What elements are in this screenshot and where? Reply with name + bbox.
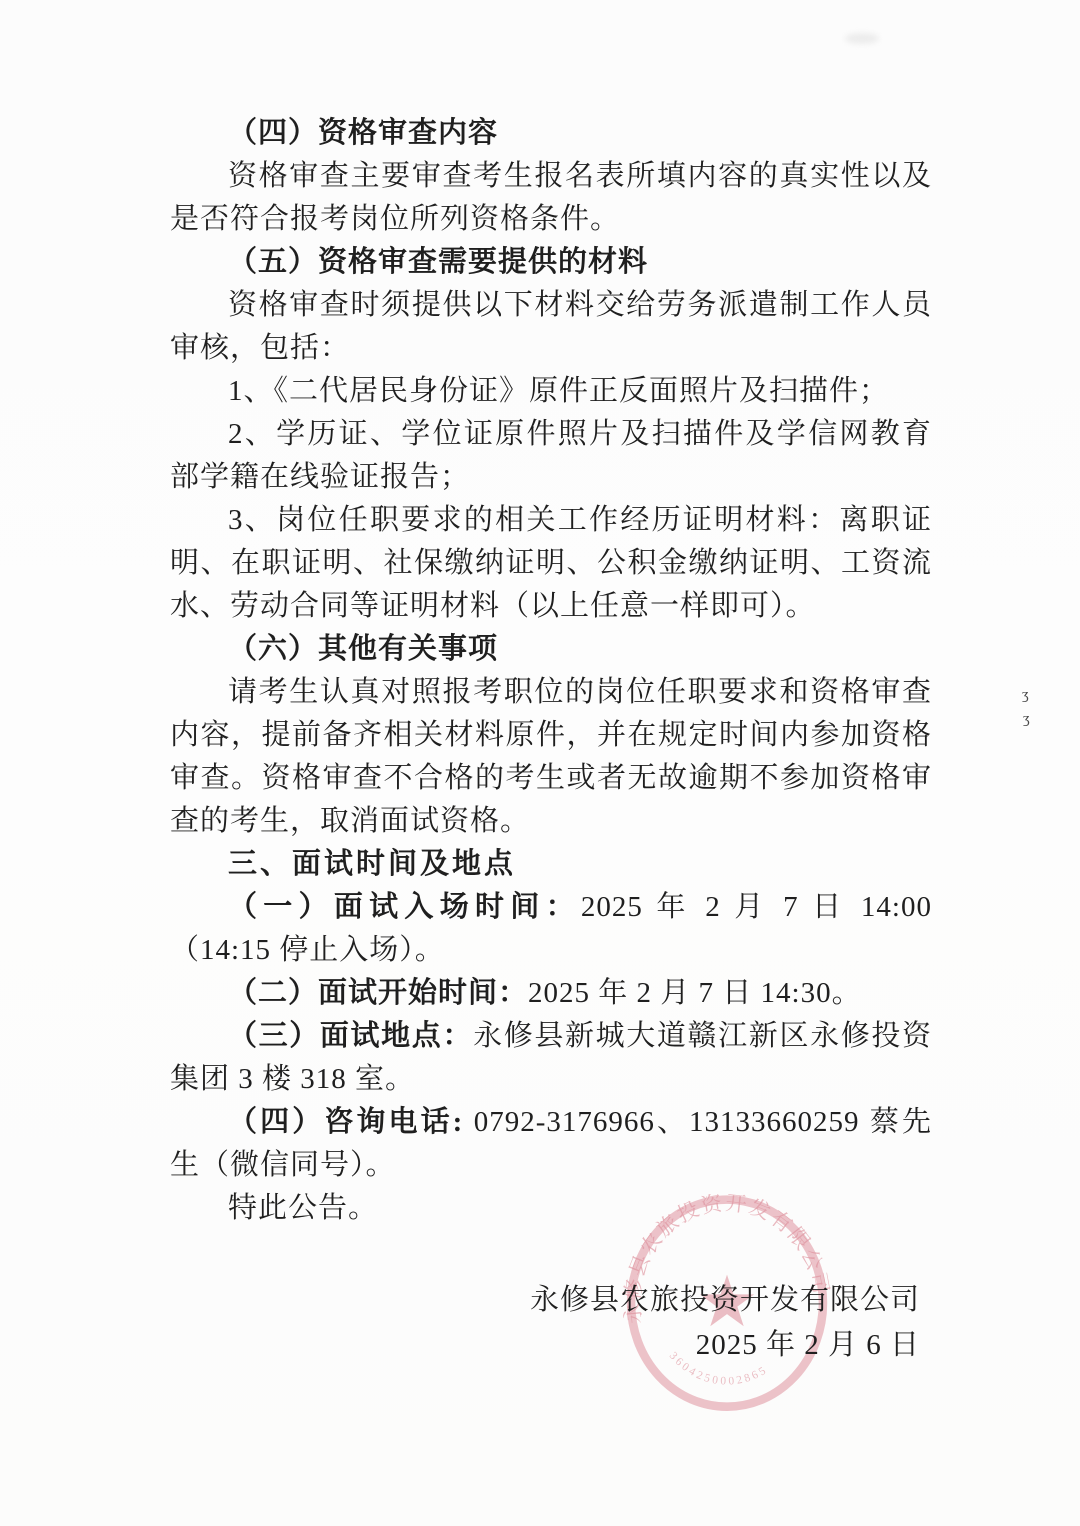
paragraph: （四）咨询电话: 0792-3176966、13133660259 蔡先生（微信… bbox=[170, 1101, 932, 1187]
bold-label: （一）面试入场时间： bbox=[228, 891, 581, 923]
signature-date: 2025 年 2 月 6 日 bbox=[170, 1323, 920, 1368]
signature-block: 永修县农旅投资开发有限公司2025 年 2 月 6 日 bbox=[170, 1278, 932, 1368]
scanned-document-page: （四）资格审查内容资格审查主要审查考生报名表所填内容的真实性以及是否符合报考岗位… bbox=[0, 0, 1080, 1526]
bold-label: （三）面试地点： bbox=[228, 1020, 473, 1052]
text-segment: 2025 年 2 月 7 日 14:30。 bbox=[528, 977, 862, 1009]
text-segment: 请考生认真对照报考职位的岗位任职要求和资格审查内容，提前备齐相关材料原件，并在规… bbox=[170, 676, 932, 837]
text-segment: 资格审查主要审查考生报名表所填内容的真实性以及是否符合报考岗位所列资格条件。 bbox=[170, 160, 932, 235]
scan-smudge bbox=[845, 33, 879, 44]
paragraph: （一）面试入场时间：2025 年 2 月 7 日 14:00（14:15 停止入… bbox=[170, 886, 932, 972]
text-segment: 特此公告。 bbox=[228, 1192, 378, 1224]
paragraph: 资格审查时须提供以下材料交给劳务派遣制工作人员审核，包括： bbox=[170, 284, 932, 370]
section-heading: （四）资格审查内容 bbox=[170, 112, 932, 155]
scan-artifact: ʒ bbox=[1023, 712, 1030, 727]
bold-label: 三、面试时间及地点 bbox=[228, 848, 516, 880]
text-segment: 资格审查时须提供以下材料交给劳务派遣制工作人员审核，包括： bbox=[170, 289, 932, 364]
text-segment: 1、《二代居民身份证》原件正反面照片及扫描件； bbox=[228, 375, 889, 407]
bold-label: （五）资格审查需要提供的材料 bbox=[228, 246, 648, 278]
paragraph: （二）面试开始时间：2025 年 2 月 7 日 14:30。 bbox=[170, 972, 932, 1015]
section-heading: （五）资格审查需要提供的材料 bbox=[170, 241, 932, 284]
paragraph: （三）面试地点：永修县新城大道赣江新区永修投资集团 3 楼 318 室。 bbox=[170, 1015, 932, 1101]
text-segment: 3、岗位任职要求的相关工作经历证明材料：离职证明、在职证明、社保缴纳证明、公积金… bbox=[170, 504, 932, 622]
section-heading: （六）其他有关事项 bbox=[170, 628, 932, 671]
paragraph: 特此公告。 bbox=[170, 1187, 932, 1230]
paragraph: 请考生认真对照报考职位的岗位任职要求和资格审查内容，提前备齐相关材料原件，并在规… bbox=[170, 671, 932, 843]
document-body: （四）资格审查内容资格审查主要审查考生报名表所填内容的真实性以及是否符合报考岗位… bbox=[170, 112, 932, 1368]
scan-artifact: ʒ bbox=[1022, 688, 1029, 703]
signature-company: 永修县农旅投资开发有限公司 bbox=[170, 1278, 920, 1323]
paragraph: 1、《二代居民身份证》原件正反面照片及扫描件； bbox=[170, 370, 932, 413]
paragraph: 2、学历证、学位证原件照片及扫描件及学信网教育部学籍在线验证报告； bbox=[170, 413, 932, 499]
paragraph: 资格审查主要审查考生报名表所填内容的真实性以及是否符合报考岗位所列资格条件。 bbox=[170, 155, 932, 241]
bold-label: （二）面试开始时间： bbox=[228, 977, 528, 1009]
text-segment: 2、学历证、学位证原件照片及扫描件及学信网教育部学籍在线验证报告； bbox=[170, 418, 932, 493]
bold-label: （六）其他有关事项 bbox=[228, 633, 498, 665]
bold-label: （四）资格审查内容 bbox=[228, 117, 498, 149]
section-heading: 三、面试时间及地点 bbox=[170, 843, 932, 886]
bold-label: （四）咨询电话: bbox=[228, 1106, 474, 1138]
paragraph: 3、岗位任职要求的相关工作经历证明材料：离职证明、在职证明、社保缴纳证明、公积金… bbox=[170, 499, 932, 628]
